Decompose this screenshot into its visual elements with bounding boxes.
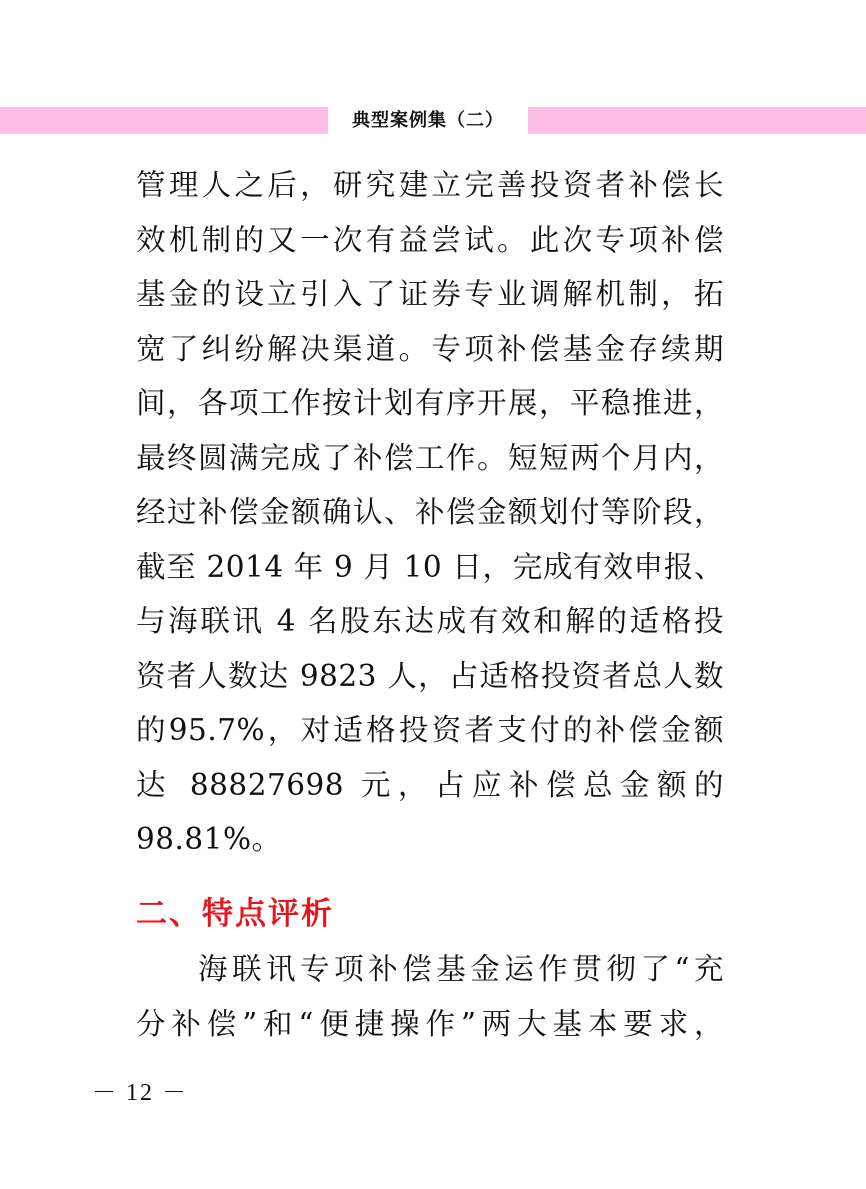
page-number: － 12 － — [92, 1072, 188, 1107]
text-line: 与海联讯 4 名股东达成有效和解的适格投 — [136, 594, 724, 649]
header-band-right — [528, 107, 866, 134]
text-line: 效机制的又一次有益尝试。此次专项补偿 — [136, 213, 724, 268]
text-line: 达 88827698 元，占应补偿总金额的 — [136, 758, 724, 813]
text-line: 基金的设立引入了证券专业调解机制，拓 — [136, 267, 724, 322]
section-paragraph: 海联讯专项补偿基金运作贯彻了“充 分补偿”和“便捷操作”两大基本要求， — [136, 942, 724, 1051]
text-line: 的95.7%，对适格投资者支付的补偿金额 — [136, 703, 724, 758]
text-line: 98.81%。 — [136, 812, 724, 867]
text-line: 分补偿”和“便捷操作”两大基本要求， — [136, 997, 724, 1052]
text-line: 管理人之后，研究建立完善投资者补偿长 — [136, 158, 724, 213]
paragraph-continued: 管理人之后，研究建立完善投资者补偿长 效机制的又一次有益尝试。此次专项补偿 基金… — [136, 158, 724, 867]
text-line: 截至 2014 年 9 月 10 日，完成有效申报、 — [136, 540, 724, 595]
running-title: 典型案例集（二） — [328, 107, 528, 134]
section-heading: 二、特点评析 — [136, 888, 334, 933]
text-line: 资者人数达 9823 人，占适格投资者总人数 — [136, 649, 724, 704]
text-line: 间，各项工作按计划有序开展，平稳推进， — [136, 376, 724, 431]
text-line: 经过补偿金额确认、补偿金额划付等阶段， — [136, 485, 724, 540]
text-line: 最终圆满完成了补偿工作。短短两个月内， — [136, 431, 724, 486]
text-line: 海联讯专项补偿基金运作贯彻了“充 — [136, 942, 724, 997]
header-band-left — [0, 107, 328, 134]
text-line: 宽了纠纷解决渠道。专项补偿基金存续期 — [136, 322, 724, 377]
